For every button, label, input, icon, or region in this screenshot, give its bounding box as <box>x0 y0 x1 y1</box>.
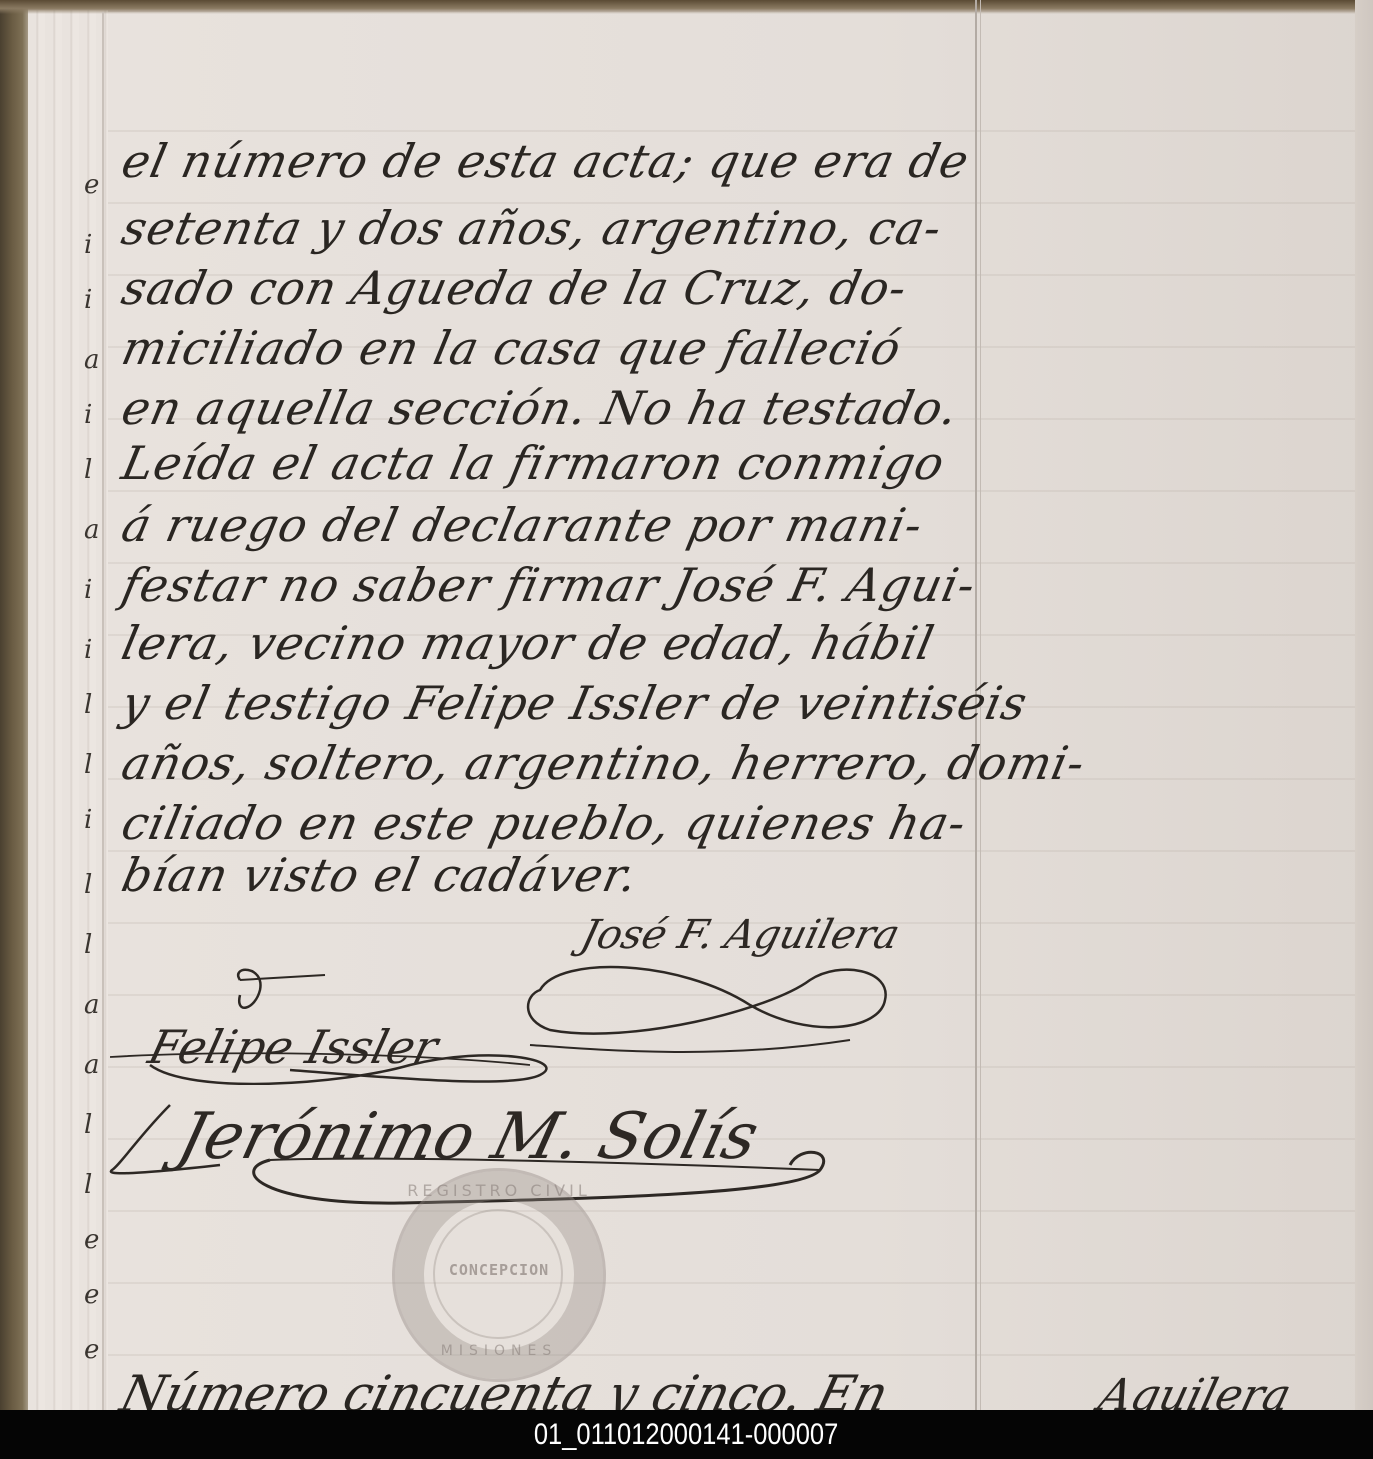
margin-mark: l <box>84 930 104 960</box>
margin-mark: a <box>84 345 104 375</box>
body-line-10: y el testigo Felipe Issler de veintiséis <box>118 680 1032 726</box>
margin-mark: l <box>84 750 104 780</box>
margin-mark: l <box>84 690 104 720</box>
body-line-3: sado con Agueda de la Cruz, do- <box>118 265 911 311</box>
caption-bar: 01_011012000141-000007 <box>0 1410 1373 1459</box>
margin-mark: a <box>84 1050 104 1080</box>
body-line-11: años, soltero, argentino, herrero, domi- <box>118 740 1089 786</box>
margin-mark: e <box>84 1335 104 1365</box>
stamp-bottom-text: MISIONES <box>395 1343 603 1359</box>
margin-mark: e <box>84 1280 104 1310</box>
body-line-4: miciliado en la casa que falleció <box>118 325 905 371</box>
body-line-6: Leída el acta la firmaron conmigo <box>118 440 949 486</box>
body-line-8: festar no saber firmar José F. Agui- <box>118 562 980 608</box>
margin-mark: i <box>84 805 104 835</box>
margin-mark: l <box>84 455 104 485</box>
next-entry-heading: Número cincuenta y cinco. En <box>115 1365 894 1410</box>
body-line-2: setenta y dos años, argentino, ca- <box>118 205 946 251</box>
signature-flourish-aguilera <box>520 950 900 1060</box>
right-page-edge <box>1355 0 1373 1410</box>
body-line-1: el número de esta acta; que era de <box>118 138 973 184</box>
right-column-side-note: Aguilera <box>1094 1370 1296 1410</box>
body-line-7: á ruego del declarante por mani- <box>118 502 927 548</box>
margin-mark: i <box>84 230 104 260</box>
margin-mark: e <box>84 170 104 200</box>
body-line-9: lera, vecino mayor de edad, hábil <box>118 620 938 666</box>
margin-mark: i <box>84 635 104 665</box>
image-id-caption: 01_011012000141-000007 <box>534 1418 838 1452</box>
scanned-page: e i i a i l a i i l l i l l a a l l e e … <box>0 0 1373 1410</box>
margin-mark: i <box>84 285 104 315</box>
margin-mark: e <box>84 1225 104 1255</box>
signature-flourish-issler <box>110 965 570 1085</box>
stamp-center-text: CONCEPCION <box>395 1261 603 1279</box>
book-top-edge <box>0 0 1373 14</box>
margin-mark: a <box>84 990 104 1020</box>
body-line-13: bían visto el cadáver. <box>118 852 642 898</box>
stamp-top-text: REGISTRO CIVIL <box>395 1181 603 1200</box>
margin-mark: l <box>84 870 104 900</box>
book-binding <box>0 0 28 1410</box>
margin-mark: i <box>84 575 104 605</box>
body-line-5: en aquella sección. No ha testado. <box>118 385 962 431</box>
registro-civil-stamp: REGISTRO CIVIL CONCEPCION MISIONES <box>392 1168 606 1382</box>
margin-mark: i <box>84 400 104 430</box>
body-line-12: ciliado en este pueblo, quienes ha- <box>118 800 971 846</box>
margin-mark: a <box>84 515 104 545</box>
